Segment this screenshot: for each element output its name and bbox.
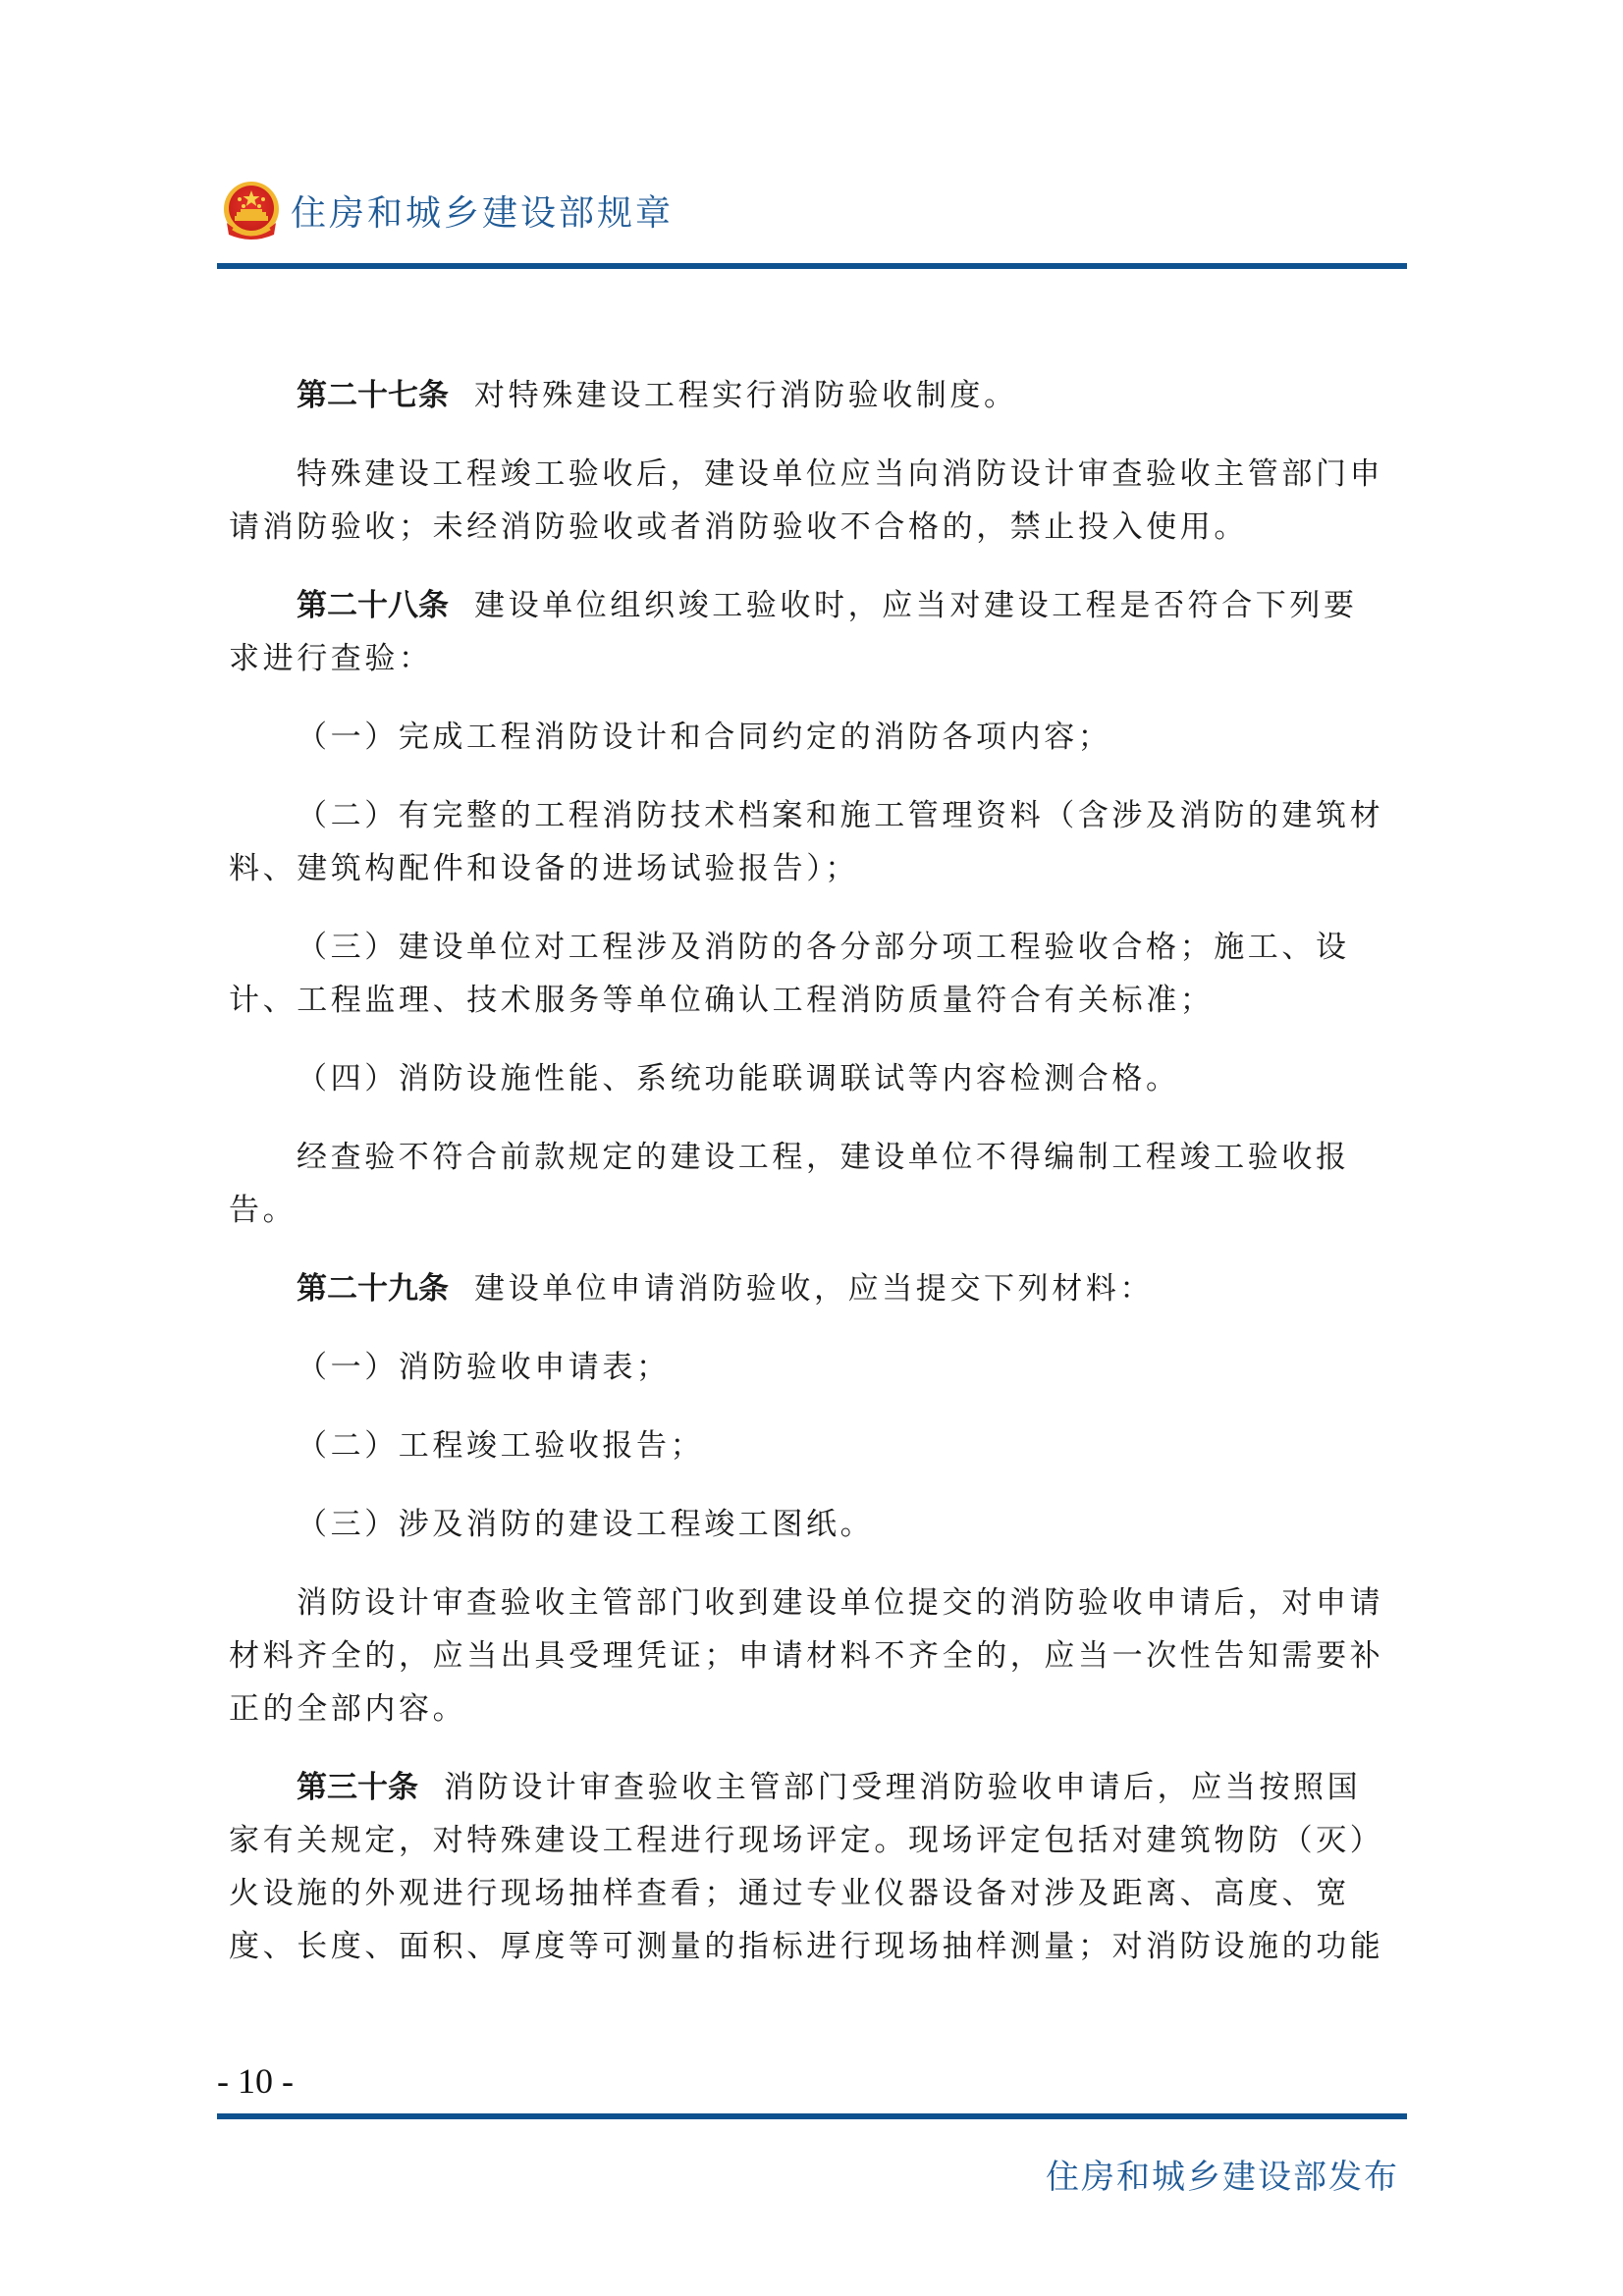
line-text: 消防设计审查验收主管部门受理消防验收申请后，应当按照国 (444, 1770, 1361, 1805)
text-line: 消防设计审查验收主管部门收到建设单位提交的消防验收申请后，对申请 (229, 1576, 1397, 1629)
text-line: 第二十九条建设单位申请消防验收，应当提交下列材料： (229, 1262, 1397, 1315)
text-line: 特殊建设工程竣工验收后，建设单位应当向消防设计审查验收主管部门申 (229, 448, 1397, 501)
text-line: 火设施的外观进行现场抽样查看；通过专业仪器设备对涉及距离、高度、宽 (229, 1867, 1397, 1920)
page-number: - 10 - (217, 2061, 294, 2101)
text-line: 正的全部内容。 (229, 1682, 1397, 1735)
line-text: 计、工程监理、技术服务等单位确认工程消防质量符合有关标准； (229, 983, 1214, 1018)
line-text: 度、长度、面积、厚度等可测量的指标进行现场抽样测量；对消防设施的功能 (229, 1929, 1383, 1964)
line-text: 求进行查验： (229, 641, 433, 676)
line-text: （一）完成工程消防设计和合同约定的消防各项内容； (297, 720, 1111, 755)
paragraph: 经查验不符合前款规定的建设工程，建设单位不得编制工程竣工验收报告。 (229, 1131, 1397, 1237)
paragraph: （二）有完整的工程消防技术档案和施工管理资料（含涉及消防的建筑材料、建筑构配件和… (229, 789, 1397, 895)
article-paragraph: 第二十九条建设单位申请消防验收，应当提交下列材料： (229, 1262, 1397, 1315)
line-text: 对特殊建设工程实行消防验收制度。 (474, 378, 1018, 413)
article-paragraph: 第二十八条建设单位组织竣工验收时，应当对建设工程是否符合下列要求进行查验： (229, 579, 1397, 685)
article-number: 第二十八条 (297, 588, 449, 623)
text-line: 度、长度、面积、厚度等可测量的指标进行现场抽样测量；对消防设施的功能 (229, 1920, 1397, 1973)
article-paragraph: 第三十条消防设计审查验收主管部门受理消防验收申请后，应当按照国家有关规定，对特殊… (229, 1761, 1397, 1973)
paragraph: （四）消防设施性能、系统功能联调联试等内容检测合格。 (229, 1052, 1397, 1105)
text-line: 请消防验收；未经消防验收或者消防验收不合格的，禁止投入使用。 (229, 501, 1397, 554)
text-line: （三）涉及消防的建设工程竣工图纸。 (229, 1498, 1397, 1551)
document-body: 第二十七条对特殊建设工程实行消防验收制度。特殊建设工程竣工验收后，建设单位应当向… (229, 369, 1397, 1999)
paragraph: （三）涉及消防的建设工程竣工图纸。 (229, 1498, 1397, 1551)
text-line: 家有关规定，对特殊建设工程进行现场评定。现场评定包括对建筑物防（灭） (229, 1814, 1397, 1867)
line-text: 正的全部内容。 (229, 1691, 466, 1727)
line-text: 料、建筑构配件和设备的进场试验报告）； (229, 851, 859, 886)
text-line: 第二十七条对特殊建设工程实行消防验收制度。 (229, 369, 1397, 422)
line-text: 建设单位组织竣工验收时，应当对建设工程是否符合下列要 (474, 588, 1358, 623)
page-header: 住房和城乡建设部规章 (217, 173, 1407, 271)
text-line: （三）建设单位对工程涉及消防的各分部分项工程验收合格；施工、设 (229, 921, 1397, 974)
header-divider (217, 263, 1407, 269)
national-emblem-icon (217, 180, 286, 244)
text-line: 告。 (229, 1184, 1397, 1237)
text-line: 第三十条消防设计审查验收主管部门受理消防验收申请后，应当按照国 (229, 1761, 1397, 1814)
line-text: 告。 (229, 1193, 297, 1228)
text-line: （二）有完整的工程消防技术档案和施工管理资料（含涉及消防的建筑材 (229, 789, 1397, 842)
header-title: 住房和城乡建设部规章 (291, 192, 674, 236)
text-line: 第二十八条建设单位组织竣工验收时，应当对建设工程是否符合下列要 (229, 579, 1397, 632)
text-line: 料、建筑构配件和设备的进场试验报告）； (229, 842, 1397, 895)
line-text: （三）涉及消防的建设工程竣工图纸。 (297, 1507, 874, 1542)
line-text: 材料齐全的，应当出具受理凭证；申请材料不齐全的，应当一次性告知需要补 (229, 1638, 1383, 1674)
text-line: 材料齐全的，应当出具受理凭证；申请材料不齐全的，应当一次性告知需要补 (229, 1629, 1397, 1682)
line-text: 火设施的外观进行现场抽样查看；通过专业仪器设备对涉及距离、高度、宽 (229, 1876, 1350, 1911)
paragraph: 特殊建设工程竣工验收后，建设单位应当向消防设计审查验收主管部门申请消防验收；未经… (229, 448, 1397, 554)
line-text: （二）有完整的工程消防技术档案和施工管理资料（含涉及消防的建筑材 (297, 798, 1383, 833)
article-number: 第二十九条 (297, 1271, 449, 1307)
article-paragraph: 第二十七条对特殊建设工程实行消防验收制度。 (229, 369, 1397, 422)
line-text: 建设单位申请消防验收，应当提交下列材料： (474, 1271, 1154, 1307)
line-text: 家有关规定，对特殊建设工程进行现场评定。现场评定包括对建筑物防（灭） (229, 1823, 1383, 1858)
line-text: 特殊建设工程竣工验收后，建设单位应当向消防设计审查验收主管部门申 (297, 456, 1383, 492)
line-text: （三）建设单位对工程涉及消防的各分部分项工程验收合格；施工、设 (297, 930, 1350, 965)
line-text: 消防设计审查验收主管部门收到建设单位提交的消防验收申请后，对申请 (297, 1585, 1383, 1621)
line-text: （二）工程竣工验收报告； (297, 1428, 704, 1464)
text-line: （二）工程竣工验收报告； (229, 1419, 1397, 1472)
line-text: （四）消防设施性能、系统功能联调联试等内容检测合格。 (297, 1061, 1180, 1096)
paragraph: （一）完成工程消防设计和合同约定的消防各项内容； (229, 711, 1397, 764)
article-number: 第三十条 (297, 1770, 418, 1805)
line-text: （一）消防验收申请表； (297, 1350, 671, 1385)
paragraph: （三）建设单位对工程涉及消防的各分部分项工程验收合格；施工、设计、工程监理、技术… (229, 921, 1397, 1027)
publisher-label: 住房和城乡建设部发布 (1046, 2156, 1399, 2199)
paragraph: 消防设计审查验收主管部门收到建设单位提交的消防验收申请后，对申请材料齐全的，应当… (229, 1576, 1397, 1735)
text-line: （四）消防设施性能、系统功能联调联试等内容检测合格。 (229, 1052, 1397, 1105)
line-text: 请消防验收；未经消防验收或者消防验收不合格的，禁止投入使用。 (229, 509, 1248, 545)
paragraph: （二）工程竣工验收报告； (229, 1419, 1397, 1472)
footer-divider (217, 2113, 1407, 2119)
article-number: 第二十七条 (297, 378, 449, 413)
text-line: 求进行查验： (229, 632, 1397, 685)
text-line: 经查验不符合前款规定的建设工程，建设单位不得编制工程竣工验收报 (229, 1131, 1397, 1184)
line-text: 经查验不符合前款规定的建设工程，建设单位不得编制工程竣工验收报 (297, 1140, 1350, 1175)
text-line: 计、工程监理、技术服务等单位确认工程消防质量符合有关标准； (229, 974, 1397, 1027)
text-line: （一）消防验收申请表； (229, 1341, 1397, 1394)
paragraph: （一）消防验收申请表； (229, 1341, 1397, 1394)
text-line: （一）完成工程消防设计和合同约定的消防各项内容； (229, 711, 1397, 764)
